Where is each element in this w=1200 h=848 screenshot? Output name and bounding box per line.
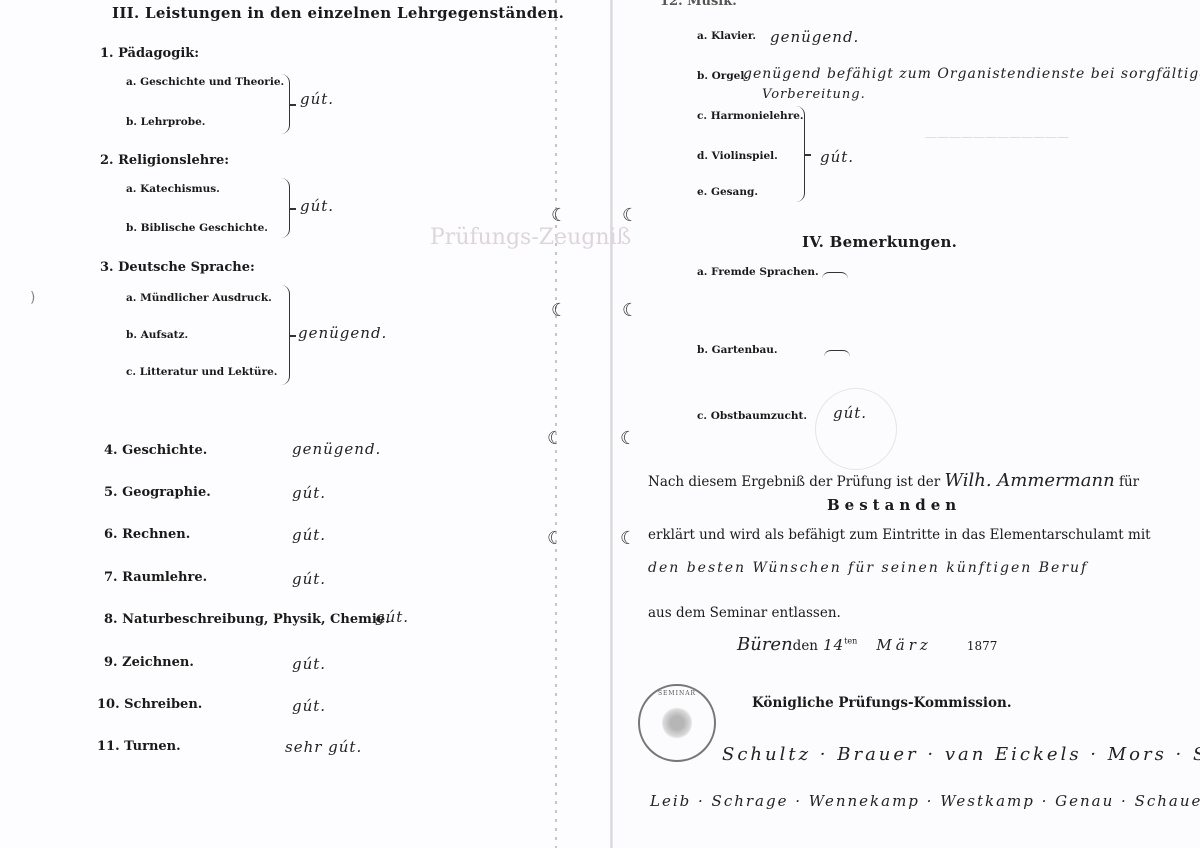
subject-naturbeschreibung: 8. Naturbeschreibung, Physik, Chemie. [104,612,390,627]
music-part-klavier: a. Klavier. [697,30,756,42]
remark-fremde-sprachen: a. Fremde Sprachen. [697,266,819,278]
subject-raumlehre: 7. Raumlehre. [104,570,207,585]
grade-handwritten: gút. [292,697,326,715]
year: 1877 [967,639,998,653]
grade-handwritten: sehr gút. [285,738,362,756]
subject-part: b. Lehrprobe. [126,116,205,128]
music-part-violinspiel: d. Violinspiel. [697,150,778,162]
place: Büren [737,634,793,655]
grade-handwritten: genügend. [292,440,381,458]
grade-handwritten: gút. [375,608,409,626]
page-fold [610,0,613,848]
subject-part: a. Mündlicher Ausdruck. [126,292,272,304]
month: März [876,636,931,654]
subject-geographie: 5. Geographie. [104,485,211,500]
grouping-brace [281,74,290,134]
subject-rechnen: 6. Rechnen. [104,527,190,542]
signatures-row-1: Schultz · Brauer · van Eickels · Mors · … [722,744,1200,765]
subject-part: b. Biblische Geschichte. [126,222,268,234]
official-seal: SEMINAR [638,684,716,762]
result-line: aus dem Seminar entlassen. [648,605,841,621]
subject-part: a. Geschichte und Theorie. [126,76,284,88]
subject-part: b. Aufsatz. [126,329,188,341]
punch-hole-icon: ) [30,290,35,306]
subject-deutsche-sprache: 3. Deutsche Sprache: [100,260,255,275]
punch-hole-icon: ☾ [547,428,563,449]
grade-handwritten: genügend. [298,324,387,342]
grade-handwritten: gút. [292,655,326,673]
binding-strip [555,0,557,848]
seal-text: SEMINAR [640,690,714,697]
music-part-gesang: e. Gesang. [697,186,758,198]
subject-zeichnen: 9. Zeichnen. [104,655,194,670]
subject-geschichte: 4. Geschichte. [104,443,207,458]
punch-hole-icon: ☾ [622,205,638,226]
music-part-orgel: b. Orgel. [697,70,748,82]
day: 14 [823,636,844,654]
dash-mark [822,272,848,279]
handwritten-wish: den besten Wünschen für seinen künftigen… [648,560,1088,576]
remark-obstbaumzucht: c. Obstbaumzucht. [697,410,807,422]
subject-schreiben: 10. Schreiben. [97,697,202,712]
eagle-emblem-icon [662,706,692,740]
grade-handwritten: genügend befähigt zum Organistendienste … [743,66,1200,82]
place-date-line: Bürenden 14ten März 1877 [737,634,997,655]
result-sentence: Nach diesem Ergebniß der Prüfung ist der… [648,470,1139,491]
punch-hole-icon: ☾ [551,205,567,226]
subject-turnen: 11. Turnen. [97,739,181,754]
subject-part: a. Katechismus. [126,183,220,195]
grade-handwritten: gút. [292,484,326,502]
grade-handwritten: gút. [292,526,326,544]
grade-handwritten: gút. [300,197,334,215]
result-word: Bestanden [827,496,961,514]
grade-handwritten: gút. [833,404,867,422]
bleed-through-text: Prüfungs-Zeugniß [430,225,631,250]
punch-hole-icon: ☾ [622,300,638,321]
faint-stamp-imprint [815,388,897,470]
remark-gartenbau: b. Gartenbau. [697,344,778,356]
grade-handwritten-continued: Vorbereitung. [762,87,866,102]
subject-paedagogik: 1. Pädagogik: [100,46,199,61]
left-page [0,0,612,848]
music-part-harmonielehre: c. Harmonielehre. [697,110,804,122]
bleed-through-text: ———————————— [925,130,1069,144]
signatures-row-2: Leib · Schrage · Wennekamp · Westkamp · … [650,792,1200,810]
grade-handwritten: genügend. [770,28,859,46]
section-title-remarks: IV. Bemerkungen. [802,233,957,251]
punch-hole-icon: ☾ [620,428,636,449]
grouping-brace [281,285,290,385]
punch-hole-icon: ☾ [547,528,563,549]
subject-part: c. Litteratur und Lektüre. [126,366,277,378]
commission-title: Königliche Prüfungs-Kommission. [752,695,1012,711]
result-line: erklärt und wird als befähigt zum Eintri… [648,527,1151,543]
grade-handwritten: gút. [820,148,854,166]
dash-mark [824,350,850,357]
section-title-achievements: III. Leistungen in den einzelnen Lehrgeg… [112,4,564,22]
punch-hole-icon: ☾ [551,300,567,321]
grouping-brace [796,106,805,202]
grade-handwritten: gút. [300,90,334,108]
grade-handwritten: gút. [292,570,326,588]
candidate-name: Wilh. Ammermann [945,470,1115,491]
subject-religionslehre: 2. Religionslehre: [100,153,229,168]
subject-musik: 12. Musik. [660,0,737,9]
punch-hole-icon: ☾ [620,528,636,549]
grouping-brace [281,178,290,238]
